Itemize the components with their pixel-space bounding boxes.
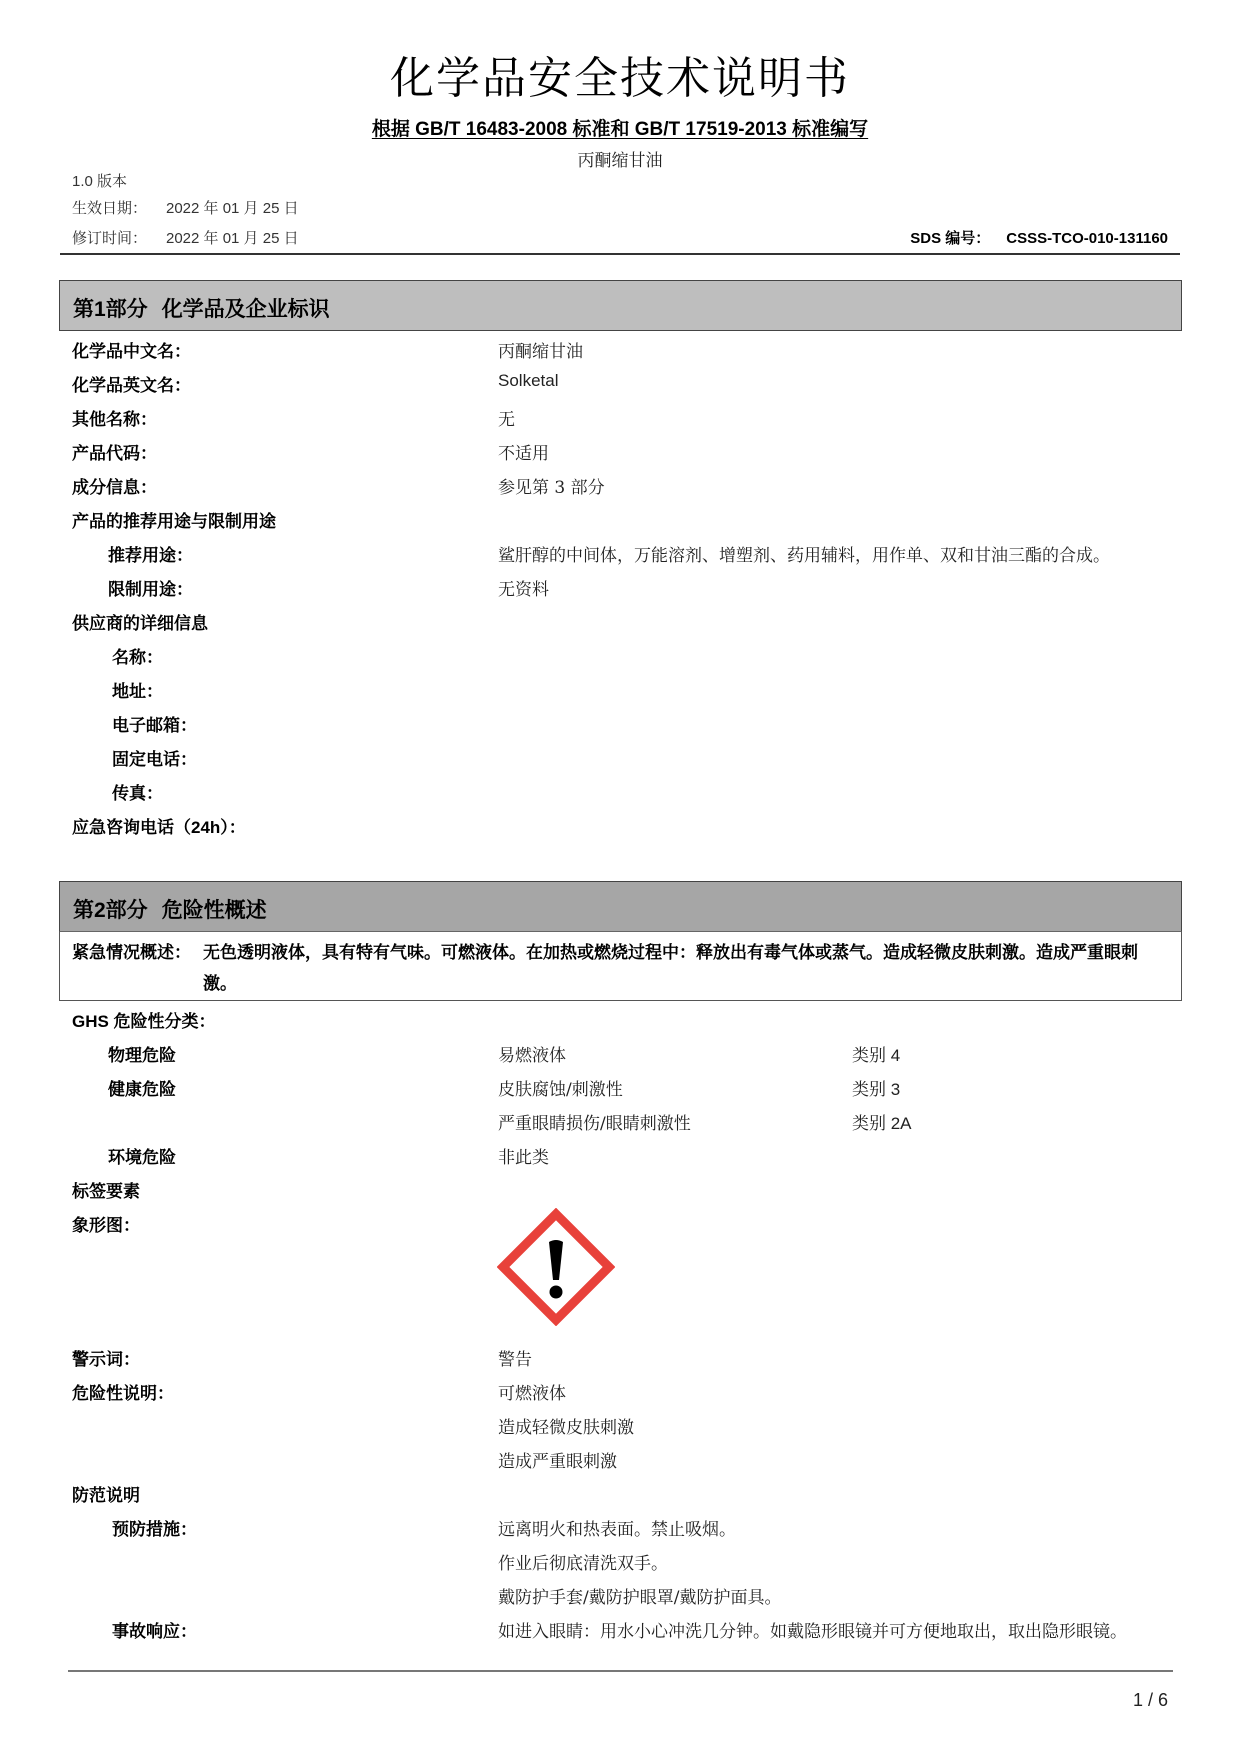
sds-number-label: SDS 编号： — [910, 230, 990, 247]
field-label: 名称： — [112, 643, 163, 668]
field-row: 限制用途：无资料 — [72, 575, 1182, 605]
field-value: 鲨肝醇的中间体，万能溶剂、增塑剂、药用辅料，用作单、双和甘油三酯的合成。 — [498, 541, 1110, 566]
field-label: 应急咨询电话（24h）： — [72, 813, 246, 838]
response-statement: 如进入眼睛：用水小心冲洗几分钟。如戴隐形眼镜并可方便地取出，取出隐形眼镜。 — [498, 1617, 1127, 1642]
hazard-statements-label: 危险性说明： — [72, 1379, 174, 1404]
field-row: 名称： — [72, 643, 1182, 673]
field-label: 产品代码： — [72, 439, 157, 464]
hazard-statement-row: 危险性说明：可燃液体 — [72, 1379, 1182, 1409]
field-value: 无 — [498, 405, 515, 430]
section-1-number: 第1部分 — [73, 298, 148, 321]
sds-number-value: CSSS-TCO-010-131160 — [1006, 230, 1168, 247]
ghs-category: 类别 4 — [852, 1041, 900, 1066]
revision-date-value: 2022 年 01 月 25 日 — [166, 230, 299, 247]
prevention-statement: 远离明火和热表面。禁止吸烟。 — [498, 1515, 736, 1540]
ghs-row: 环境危险非此类 — [72, 1143, 1182, 1173]
ghs-label: GHS 危险性分类： — [72, 1007, 216, 1032]
field-label: 供应商的详细信息 — [72, 609, 208, 634]
standards-subtitle-text: 根据 GB/T 16483-2008 标准和 GB/T 17519-2013 标… — [372, 119, 868, 140]
field-label: 固定电话： — [112, 745, 197, 770]
field-label: 地址： — [112, 677, 163, 702]
effective-date: 生效日期：2022 年 01 月 25 日 — [72, 197, 299, 218]
revision-date: 修订时间：2022 年 01 月 25 日 — [72, 227, 299, 248]
ghs-hazard: 非此类 — [498, 1143, 549, 1168]
section-1-title: 化学品及企业标识 — [162, 298, 330, 321]
response-label: 事故响应： — [112, 1617, 197, 1642]
field-value: 丙酮缩甘油 — [498, 337, 583, 362]
label-elements-heading: 标签要素 — [72, 1177, 1182, 1207]
product-name-heading: 丙酮缩甘油 — [0, 146, 1240, 171]
field-row: 产品代码：不适用 — [72, 439, 1182, 469]
prevention-row: 戴防护手套/戴防护眼罩/戴防护面具。 — [72, 1583, 1182, 1613]
ghs-class-label: 环境危险 — [108, 1143, 176, 1168]
emergency-overview-label: 紧急情况概述： — [72, 937, 203, 997]
field-row: 化学品英文名：Solketal — [72, 371, 1182, 401]
pictogram-row: 象形图： — [72, 1211, 1182, 1241]
document-title: 化学品安全技术说明书 — [0, 42, 1240, 106]
ghs-heading: GHS 危险性分类： — [72, 1007, 1182, 1037]
ghs-row: 严重眼睛损伤/眼睛刺激性类别 2A — [72, 1109, 1182, 1139]
field-row: 应急咨询电话（24h）： — [72, 813, 1182, 843]
field-row: 其他名称：无 — [72, 405, 1182, 435]
field-row: 传真： — [72, 779, 1182, 809]
field-row: 成分信息：参见第 3 部分 — [72, 473, 1182, 503]
field-label: 传真： — [112, 779, 163, 804]
exclamation-mark-diamond-icon — [497, 1208, 615, 1326]
ghs-class-label: 健康危险 — [108, 1075, 176, 1100]
ghs-hazard: 皮肤腐蚀/刺激性 — [498, 1075, 623, 1100]
emergency-overview-box: 紧急情况概述： 无色透明液体，具有特有气味。可燃液体。在加热或燃烧过程中：释放出… — [59, 931, 1182, 1001]
field-value: 不适用 — [498, 439, 549, 464]
prevention-row: 作业后彻底清洗双手。 — [72, 1549, 1182, 1579]
prevention-statement: 戴防护手套/戴防护眼罩/戴防护面具。 — [498, 1583, 781, 1608]
ghs-row: 物理危险易燃液体类别 4 — [72, 1041, 1182, 1071]
field-label: 化学品中文名： — [72, 337, 191, 362]
hazard-statement-row: 造成严重眼刺激 — [72, 1447, 1182, 1477]
prevention-statement: 作业后彻底清洗双手。 — [498, 1549, 668, 1574]
field-row: 供应商的详细信息 — [72, 609, 1182, 639]
field-value: Solketal — [498, 371, 558, 391]
hazard-statement: 可燃液体 — [498, 1379, 566, 1404]
signal-word-label: 警示词： — [72, 1345, 140, 1370]
precautionary-label: 防范说明 — [72, 1481, 140, 1506]
ghs-class-label: 物理危险 — [108, 1041, 176, 1066]
field-label: 产品的推荐用途与限制用途 — [72, 507, 276, 532]
hazard-statement: 造成严重眼刺激 — [498, 1447, 617, 1472]
field-row: 化学品中文名：丙酮缩甘油 — [72, 337, 1182, 367]
precautionary-heading: 防范说明 — [72, 1481, 1182, 1511]
header-divider — [60, 253, 1180, 255]
section-2-header: 第2部分危险性概述 — [59, 881, 1182, 932]
response-row: 事故响应：如进入眼睛：用水小心冲洗几分钟。如戴隐形眼镜并可方便地取出，取出隐形眼… — [72, 1617, 1182, 1647]
prevention-label: 预防措施： — [112, 1515, 197, 1540]
page-number: 1 / 6 — [1133, 1690, 1168, 1711]
field-label: 电子邮箱： — [112, 711, 197, 736]
ghs-hazard: 严重眼睛损伤/眼睛刺激性 — [498, 1109, 691, 1134]
field-row: 产品的推荐用途与限制用途 — [72, 507, 1182, 537]
signal-word-row: 警示词：警告 — [72, 1345, 1182, 1375]
signal-word-value: 警告 — [498, 1345, 532, 1370]
ghs-hazard: 易燃液体 — [498, 1041, 566, 1066]
effective-date-label: 生效日期： — [72, 197, 166, 218]
section-1-header: 第1部分化学品及企业标识 — [59, 280, 1182, 331]
pictogram-label: 象形图： — [72, 1211, 140, 1236]
emergency-overview-text: 无色透明液体，具有特有气味。可燃液体。在加热或燃烧过程中：释放出有毒气体或蒸气。… — [203, 937, 1169, 999]
ghs-category: 类别 2A — [852, 1109, 912, 1134]
field-label: 化学品英文名： — [72, 371, 191, 396]
field-label: 其他名称： — [72, 405, 157, 430]
field-label: 成分信息： — [72, 473, 157, 498]
label-elements-label: 标签要素 — [72, 1177, 140, 1202]
hazard-statement: 造成轻微皮肤刺激 — [498, 1413, 634, 1438]
field-label: 推荐用途： — [108, 541, 193, 566]
hazard-statement-row: 造成轻微皮肤刺激 — [72, 1413, 1182, 1443]
field-value: 无资料 — [498, 575, 549, 600]
section-2-number: 第2部分 — [73, 899, 148, 922]
field-row: 推荐用途：鲨肝醇的中间体，万能溶剂、增塑剂、药用辅料，用作单、双和甘油三酯的合成… — [72, 541, 1182, 571]
effective-date-value: 2022 年 01 月 25 日 — [166, 200, 299, 217]
footer-divider — [68, 1670, 1173, 1672]
field-label: 限制用途： — [108, 575, 193, 600]
field-value: 参见第 3 部分 — [498, 473, 605, 498]
section-2-title: 危险性概述 — [162, 899, 267, 922]
ghs-row: 健康危险皮肤腐蚀/刺激性类别 3 — [72, 1075, 1182, 1105]
field-row: 固定电话： — [72, 745, 1182, 775]
ghs-category: 类别 3 — [852, 1075, 900, 1100]
revision-date-label: 修订时间： — [72, 227, 166, 248]
prevention-row: 预防措施：远离明火和热表面。禁止吸烟。 — [72, 1515, 1182, 1545]
version: 1.0 版本 — [72, 170, 127, 191]
field-row: 地址： — [72, 677, 1182, 707]
sds-number: SDS 编号：CSSS-TCO-010-131160 — [910, 227, 1168, 248]
standards-subtitle: 根据 GB/T 16483-2008 标准和 GB/T 17519-2013 标… — [0, 114, 1240, 141]
field-row: 电子邮箱： — [72, 711, 1182, 741]
